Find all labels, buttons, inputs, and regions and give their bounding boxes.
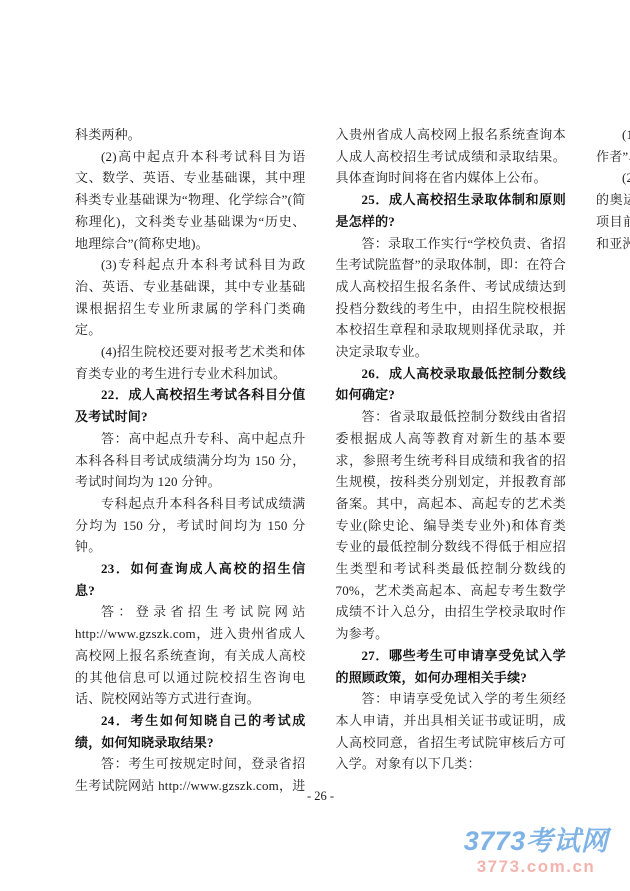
question-heading-22: 22．成人高校招生考试各科目分值及考试时间? (75, 384, 306, 427)
answer-paragraph: 答：申请享受免试入学的考生须经本人申请，并出具相关证书或证明，成人高校同意，省招… (336, 688, 567, 775)
watermark-site-domain: 3773.com.cn (446, 858, 626, 875)
list-item-1: (1)“全国劳动模范”、“全国先进工作者”、“全国五一劳动奖章”获得者。 (596, 124, 630, 167)
question-heading-26: 26．成人高校录取最低控制分数线如何确定? (336, 363, 567, 406)
question-heading-23: 23．如何查询成人高校的招生信息? (75, 558, 306, 601)
watermark-site-name: 3773考试网 (446, 828, 626, 855)
question-heading-25: 25．成人高校招生录取体制和原则是怎样的? (336, 189, 567, 232)
paragraph-continuation: 科类两种。 (75, 124, 306, 146)
list-item-2: (2)奥运会、世界杯赛和世界锦标赛的奥运会项目前八名获得者、非奥运会项目前六名获… (596, 167, 630, 254)
answer-paragraph: 答：高中起点升专科、高中起点升本科各科目考试成绩满分均为 150 分，考试时间均… (75, 428, 306, 493)
question-heading-24: 24．考生如何知晓自己的考试成绩，如何知晓录取结果? (75, 710, 306, 753)
paragraph: (3)专科起点升本科考试科目为政治、英语、专业基础课，其中专业基础课根据招生专业… (75, 254, 306, 341)
paragraph: (4)招生院校还要对报考艺术类和体育类专业的考生进行专业术科加试。 (75, 341, 306, 384)
document-page: 科类两种。 (2)高中起点升本科考试科目为语文、数学、英语、专业基础课，其中理科… (0, 0, 630, 891)
site-watermark: 3773考试网 3773.com.cn (446, 828, 626, 875)
two-column-text-area: 科类两种。 (2)高中起点升本科考试科目为语文、数学、英语、专业基础课，其中理科… (75, 124, 566, 798)
answer-paragraph: 专科起点升本科各科目考试成绩满分均为 150 分，考试时间均为 150 分钟。 (75, 493, 306, 558)
question-heading-27: 27．哪些考生可申请享受免试入学的照顾政策，如何办理相关手续? (336, 645, 567, 688)
page-number: - 26 - (75, 789, 566, 804)
answer-paragraph: 答：录取工作实行“学校负责、省招生考试院监督”的录取体制，即：在符合成人高校招生… (336, 233, 567, 363)
answer-paragraph: 答：登录省招生考试院网站 http://www.gzszk.com，进入贵州省成… (75, 601, 306, 710)
answer-paragraph: 答：省录取最低控制分数线由省招委根据成人高等教育对新生的基本要求，参照考生统考科… (336, 406, 567, 645)
paragraph: (2)高中起点升本科考试科目为语文、数学、英语、专业基础课，其中理科类专业基础课… (75, 146, 306, 255)
